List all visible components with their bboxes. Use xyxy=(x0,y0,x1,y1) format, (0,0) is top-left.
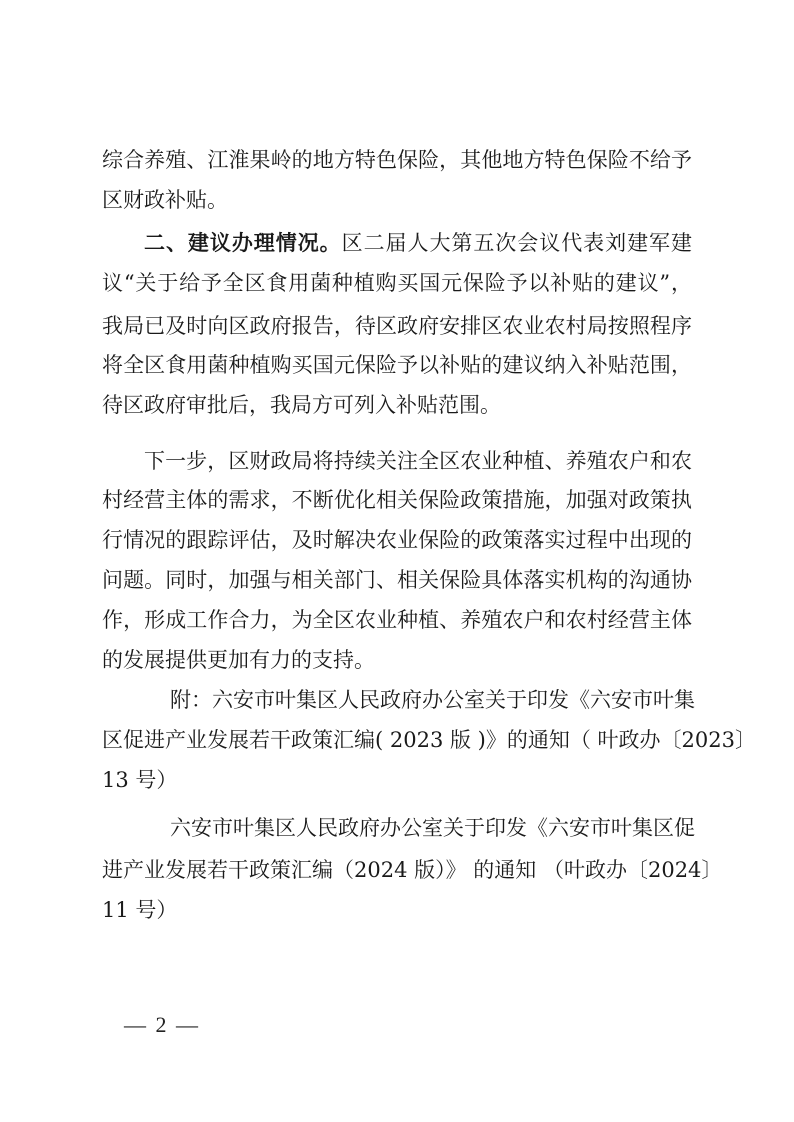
paragraph-1-line-2: 区财政补贴。 xyxy=(102,186,692,214)
paragraph-2-line-3: 我局已及时向区政府报告，待区政府安排区农业农村局按照程序 xyxy=(102,312,692,340)
paragraph-3-line-1: 下一步，区财政局将持续关注全区农业种植、养殖农户和农 xyxy=(144,447,692,475)
attachment-2-line-3: 11 号） xyxy=(102,896,692,924)
paragraph-2-line-2: 议“关于给予全区食用菌种植购买国元保险予以补贴的建议”， xyxy=(102,269,692,297)
paragraph-3-line-6: 的发展提供更加有力的支持。 xyxy=(102,646,692,674)
document-page: 综合养殖、江淮果岭的地方特色保险，其他地方特色保险不给予 区财政补贴。 二、建议… xyxy=(0,0,794,1122)
attachment-1-line-2: 区促进产业发展若干政策汇编( 2023 版 )》的通知（ 叶政办〔2023〕 xyxy=(102,726,692,754)
attachment-2-line-1: 六安市叶集区人民政府办公室关于印发《六安市叶集区促 xyxy=(170,814,692,842)
attachment-2-line-2: 进产业发展若干政策汇编（2024 版）》 的通知 （叶政办〔2024〕 xyxy=(102,856,692,884)
page-number: — 2 — xyxy=(124,1012,200,1038)
section-heading: 二、建议办理情况。 xyxy=(144,231,342,255)
paragraph-2-line-1: 二、建议办理情况。区二届人大第五次会议代表刘建军建 xyxy=(144,229,692,257)
paragraph-3-line-3: 行情况的跟踪评估，及时解决农业保险的政策落实过程中出现的 xyxy=(102,526,692,554)
attachment-1-line-3: 13 号） xyxy=(102,766,692,794)
paragraph-3-line-4: 问题。同时，加强与相关部门、相关保险具体落实机构的沟通协 xyxy=(102,566,692,594)
paragraph-2-line-5: 待区政府审批后，我局方可列入补贴范围。 xyxy=(102,391,692,419)
attachment-1-line-1: 附：六安市叶集区人民政府办公室关于印发《六安市叶集 xyxy=(170,686,692,714)
paragraph-2-line-1-text: 区二届人大第五次会议代表刘建军建 xyxy=(342,231,692,255)
paragraph-3-line-2: 村经营主体的需求，不断优化相关保险政策措施，加强对政策执 xyxy=(102,486,692,514)
paragraph-1-line-1: 综合养殖、江淮果岭的地方特色保险，其他地方特色保险不给予 xyxy=(102,146,692,174)
paragraph-3-line-5: 作，形成工作合力，为全区农业种植、养殖农户和农村经营主体 xyxy=(102,606,692,634)
paragraph-2-line-4: 将全区食用菌种植购买国元保险予以补贴的建议纳入补贴范围， xyxy=(102,351,692,379)
